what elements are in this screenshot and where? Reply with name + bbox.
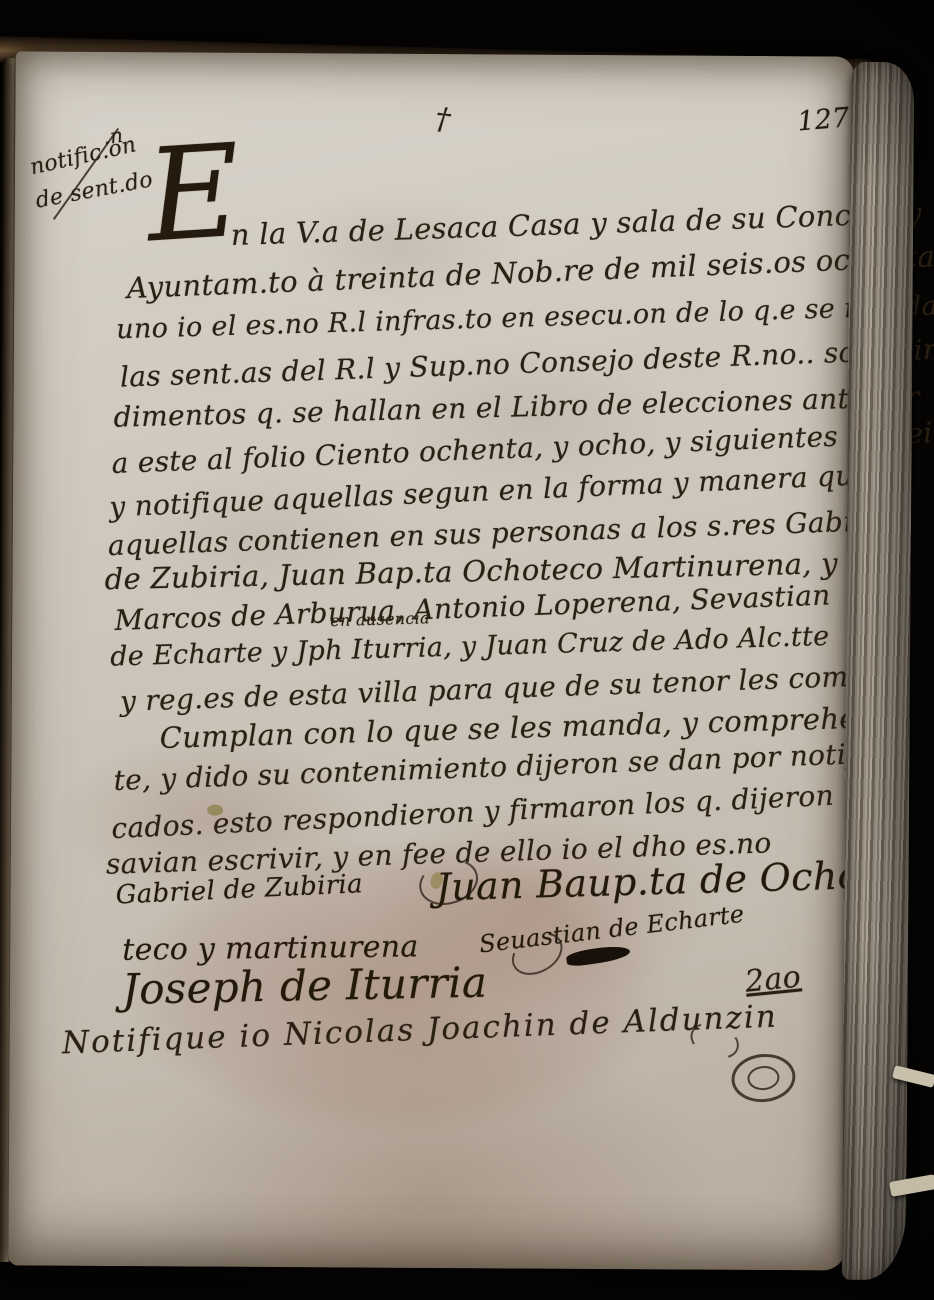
book-fore-edge-pages: [842, 62, 915, 1280]
ink-stain-spot: [207, 805, 223, 816]
folio-number: 127: [796, 102, 851, 137]
signature-joseph-de-iturria: Joseph de Iturria: [122, 958, 488, 1014]
drop-cap-initial: E: [143, 128, 245, 262]
manuscript-page: .n notific.on de sent.do † 127 E n la V.…: [8, 51, 853, 1270]
escribano-abbreviation-mark: 2ao: [743, 959, 802, 999]
notary-seal-flourish-inner: [746, 1065, 780, 1092]
interline-note: en ausencia: [330, 608, 430, 630]
notary-seal-flourish: [729, 1051, 797, 1105]
invocation-cross-mark: †: [433, 101, 452, 137]
manuscript-scan-photo: .n notific.on de sent.do † 127 E n la V.…: [0, 0, 934, 1300]
